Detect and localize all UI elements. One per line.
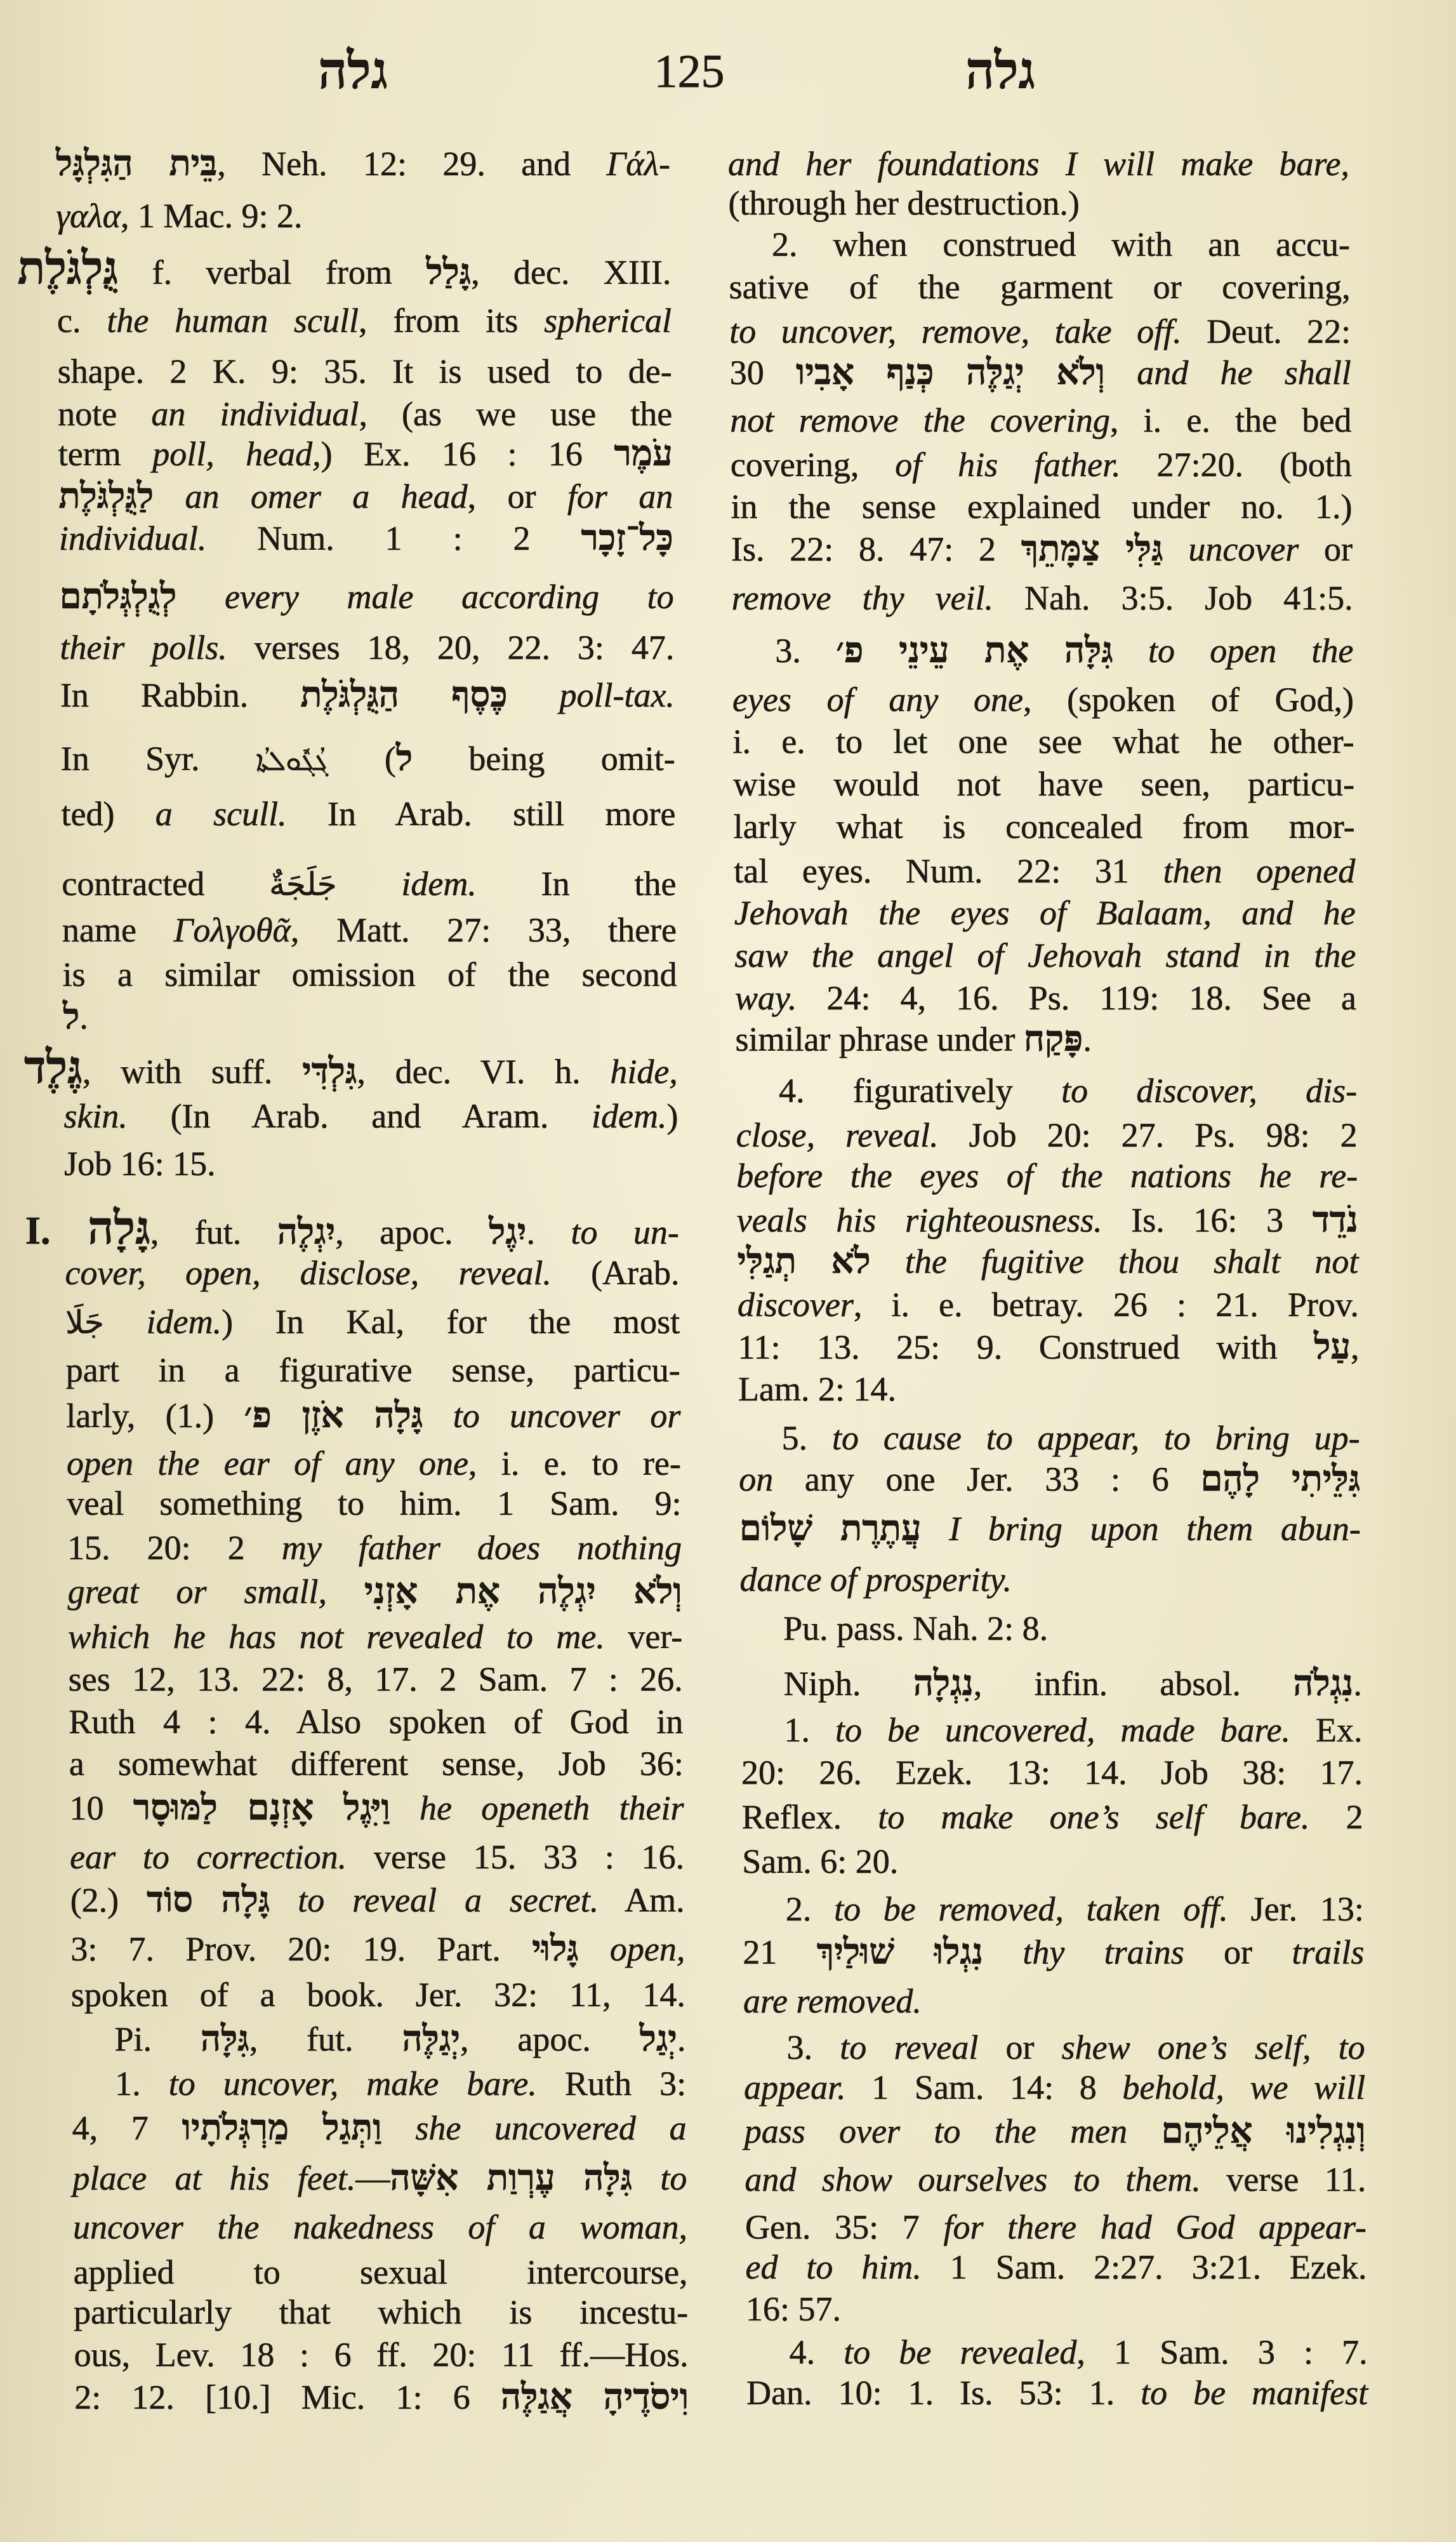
- text-line: 3. גִּלָּה אֶת עֵינֵי פ׳ to open the: [732, 628, 1353, 674]
- text-line: 2. when construed with an accu-: [729, 222, 1350, 267]
- italic-text: and show ourselves to them.: [745, 2160, 1201, 2199]
- roman-text: tal eyes. Num. 22: 31: [734, 852, 1163, 890]
- text-line: Lam. 2: 14.: [738, 1366, 1360, 1412]
- italic-text: to be uncovered, made bare.: [835, 1711, 1290, 1749]
- roman-text: 24: 4, 16. Ps. 119: 18. See a: [797, 979, 1356, 1017]
- dictionary-page: גלה 125 גלה בֵּית הַגִּלְגָּל, Neh. 12: …: [0, 0, 1456, 2542]
- italic-text: way.: [735, 979, 797, 1017]
- text-line: Is. 22: 8. 47: 2 גַּלִּי צַמָּתֵךְ uncov…: [731, 526, 1353, 572]
- italic-text: dance of prosperity.: [740, 1560, 1012, 1599]
- text-line: not remove the covering, i. e. the bed: [730, 397, 1351, 443]
- text-line: and show ourselves to them. verse 11.: [745, 2157, 1366, 2202]
- roman-text: Deut. 22:: [1182, 312, 1351, 350]
- roman-text: Nah. 3:5. Job 41:5.: [993, 579, 1353, 617]
- text-line: wise would not have seen, particu-: [733, 761, 1354, 807]
- text-line: 2. to be removed, taken off. Jer. 13:: [743, 1886, 1364, 1932]
- italic-text: to be revealed: [844, 2333, 1076, 2371]
- roman-text: larly what is concealed from mor-: [734, 808, 1355, 846]
- roman-text: (through her destruction.): [729, 184, 1080, 222]
- italic-text: to be removed, taken off.: [834, 1890, 1228, 1928]
- text-line: discover, i. e. betray. 26 : 21. Prov.: [738, 1282, 1359, 1328]
- hebrew-text: נִגְלוּ שׁוּלַיִךְ: [817, 1933, 983, 1972]
- roman-text: or: [1184, 1933, 1292, 1971]
- hebrew-text: פָּקַח: [1024, 1020, 1083, 1059]
- italic-text: uncover: [1163, 530, 1299, 568]
- text-line: dance of prosperity.: [740, 1557, 1361, 1602]
- roman-text: Ex.: [1290, 1711, 1363, 1749]
- italic-text: saw the angel of Jehovah stand in the: [734, 936, 1356, 975]
- italic-text: to make one’s self bare.: [878, 1798, 1309, 1836]
- roman-text: 1 Sam. 2:27. 3:21. Ezek.: [922, 2248, 1367, 2286]
- text-line: 20: 26. Ezek. 13: 14. Job 38: 17.: [741, 1750, 1363, 1795]
- text-line: pass over to the men וְנִגְלִינוּ אֲלֵיה…: [745, 2108, 1366, 2154]
- roman-text: Reflex.: [742, 1798, 878, 1836]
- roman-text: , infin. absol.: [974, 1665, 1293, 1703]
- roman-text: wise would not have seen, particu-: [733, 765, 1354, 803]
- text-line: Niph. נִגְלָה, infin. absol. נִגְלֹה.: [741, 1661, 1362, 1707]
- text-line: 21 נִגְלוּ שׁוּלַיִךְ thy trains or trai…: [743, 1929, 1364, 1975]
- italic-text: to reveal: [840, 2028, 978, 2066]
- text-line: appear. 1 Sam. 14: 8 behold, we will: [744, 2065, 1365, 2110]
- text-line: 11: 13. 25: 9. Construed with עַל,: [738, 1324, 1359, 1370]
- italic-text: for there had God appear-: [943, 2208, 1367, 2246]
- italic-text: trails: [1292, 1933, 1364, 1971]
- roman-text: [1127, 2112, 1161, 2150]
- roman-text: 4.: [790, 2333, 844, 2371]
- italic-text: veals his righteousness.: [737, 1201, 1102, 1239]
- roman-text: covering,: [731, 446, 895, 484]
- roman-text: Gen. 35: 7: [745, 2208, 943, 2246]
- hebrew-text: גַּלִּי צַמָּתֵךְ: [1021, 529, 1163, 569]
- italic-text: are removed.: [743, 1982, 922, 2020]
- roman-text: i. e. to let one see what he other-: [733, 722, 1354, 761]
- hebrew-text: נִגְלֹה: [1293, 1664, 1353, 1703]
- roman-text: or: [1299, 530, 1353, 568]
- italic-text: thy trains: [983, 1933, 1184, 1971]
- italic-text: discover: [738, 1286, 854, 1324]
- text-line: 30 וְלֹא יְגַלֶּה כְּנַף אָבִיו and he s…: [730, 350, 1351, 396]
- text-line: close, reveal. Job 20: 27. Ps. 98: 2: [736, 1112, 1358, 1158]
- italic-text: and he shall: [1105, 354, 1351, 392]
- text-line: way. 24: 4, 16. Ps. 119: 18. See a: [735, 975, 1356, 1021]
- roman-text: Is. 16: 3: [1102, 1201, 1313, 1239]
- roman-text: .: [1353, 1665, 1362, 1703]
- roman-text: any one Jer. 33 : 6: [773, 1460, 1200, 1498]
- text-line: i. e. to let one see what he other-: [733, 719, 1354, 764]
- roman-text: 1.: [784, 1711, 835, 1749]
- roman-text: , i. e. betray. 26 : 21. Prov.: [854, 1286, 1359, 1324]
- italic-text: to open the: [1113, 632, 1354, 670]
- roman-text: 3.: [775, 632, 836, 670]
- italic-text: Jehovah the eyes of Balaam, and he: [734, 894, 1356, 932]
- roman-text: sative of the garment or covering,: [729, 268, 1351, 306]
- hebrew-text: וְנִגְלִינוּ אֲלֵיהֶם: [1161, 2112, 1365, 2151]
- text-line: covering, of his father. 27:20. (both: [731, 442, 1352, 488]
- roman-text: verse 11.: [1201, 2160, 1366, 2199]
- italic-text: then opened: [1163, 852, 1356, 890]
- italic-text: ed to him.: [745, 2248, 921, 2286]
- text-line: larly what is concealed from mor-: [734, 804, 1355, 849]
- text-line: עֲתֶרֶת שָׁלוֹם I bring upon them abun-: [739, 1506, 1361, 1552]
- hebrew-text: גִּלָּה אֶת עֵינֵי פ׳: [836, 631, 1113, 670]
- italic-text: behold, we will: [1122, 2068, 1365, 2106]
- text-line: 16: 57.: [746, 2286, 1367, 2332]
- roman-text: .: [1083, 1020, 1092, 1058]
- italic-text: to be manifest: [1141, 2374, 1368, 2412]
- hebrew-text: נֹדֵד: [1313, 1201, 1358, 1240]
- roman-text: 20: 26. Ezek. 13: 14. Job 38: 17.: [741, 1753, 1363, 1792]
- text-line: sative of the garment or covering,: [729, 264, 1351, 310]
- italic-text: before the eyes of the nations he re-: [736, 1157, 1358, 1195]
- roman-text: Sam. 6: 20.: [742, 1842, 898, 1880]
- italic-text: on: [739, 1460, 773, 1498]
- hebrew-text: עַל: [1314, 1328, 1351, 1367]
- roman-text: 16: 57.: [746, 2290, 841, 2328]
- italic-text: close, reveal.: [736, 1116, 939, 1154]
- roman-text: in the sense explained under no. 1.): [731, 488, 1352, 526]
- italic-text: the fugitive thou shalt not: [871, 1242, 1359, 1281]
- italic-text: and her foundations I will make bare,: [728, 145, 1349, 183]
- italic-text: to cause to appear, to bring up-: [832, 1419, 1360, 1457]
- roman-text: 1 Sam. 14: 8: [846, 2068, 1123, 2106]
- roman-text: 21: [743, 1933, 816, 1971]
- text-line: Gen. 35: 7 for there had God appear-: [745, 2204, 1367, 2250]
- text-line: in the sense explained under no. 1.): [731, 484, 1352, 529]
- text-line: Sam. 6: 20.: [742, 1839, 1363, 1884]
- roman-text: Pu. pass. Nah. 2: 8.: [783, 1609, 1048, 1647]
- italic-text: to uncover, remove, take off.: [729, 312, 1181, 350]
- roman-text: 30: [730, 354, 796, 392]
- text-line: 4. to be revealed, 1 Sam. 3 : 7.: [746, 2329, 1368, 2375]
- italic-text: I bring upon them abun-: [922, 1510, 1361, 1548]
- roman-text: 5.: [782, 1419, 832, 1457]
- italic-text: eyes of any one: [732, 681, 1023, 719]
- italic-text: pass over to the men: [745, 2112, 1127, 2150]
- roman-text: Jer. 13:: [1228, 1890, 1364, 1928]
- text-line: before the eyes of the nations he re-: [736, 1153, 1358, 1199]
- roman-text: 11: 13. 25: 9. Construed with: [738, 1328, 1314, 1366]
- roman-text: Dan. 10: 1. Is. 53: 1.: [746, 2374, 1141, 2412]
- roman-text: Job 20: 27. Ps. 98: 2: [939, 1116, 1358, 1154]
- text-line: eyes of any one, (spoken of God,): [732, 677, 1354, 722]
- roman-text: 2.: [786, 1890, 834, 1928]
- roman-text: , i. e. the bed: [1110, 401, 1351, 439]
- text-line: remove thy veil. Nah. 3:5. Job 41:5.: [732, 575, 1353, 621]
- hebrew-text: גִּלֵּיתִי לָהֶם: [1200, 1460, 1360, 1499]
- italic-text: shew one’s self, to: [1062, 2028, 1365, 2066]
- roman-text: Lam. 2: 14.: [738, 1370, 896, 1408]
- text-line: 5. to cause to appear, to bring up-: [739, 1415, 1360, 1461]
- roman-text: 2: [1309, 1798, 1363, 1836]
- roman-text: Niph.: [784, 1665, 913, 1703]
- text-line: similar phrase under פָּקַח.: [735, 1016, 1356, 1062]
- right-column: and her foundations I will make bare,(th…: [0, 0, 1456, 2542]
- italic-text: to discover, dis-: [1061, 1072, 1357, 1110]
- italic-text: not remove the covering: [730, 401, 1110, 439]
- text-line: on any one Jer. 33 : 6 גִּלֵּיתִי לָהֶם: [739, 1456, 1360, 1502]
- hebrew-text: וְלֹא יְגַלֶּה כְּנַף אָבִיו: [796, 353, 1105, 392]
- text-line: 4. figuratively to discover, dis-: [736, 1068, 1357, 1114]
- text-line: saw the angel of Jehovah stand in the: [734, 933, 1356, 978]
- roman-text: , (spoken of God,): [1023, 681, 1354, 719]
- text-line: (through her destruction.): [729, 180, 1350, 226]
- roman-text: 2. when construed with an accu-: [772, 225, 1350, 263]
- text-line: Dan. 10: 1. Is. 53: 1. to be manifest: [746, 2370, 1368, 2416]
- hebrew-text: נִגְלָה: [913, 1664, 974, 1703]
- text-line: לֹא תְגַלִּי the fugitive thou shalt not: [737, 1239, 1358, 1284]
- roman-text: 3.: [787, 2028, 840, 2066]
- text-line: Reflex. to make one’s self bare. 2: [742, 1794, 1363, 1840]
- text-line: to uncover, remove, take off. Deut. 22:: [729, 309, 1351, 354]
- text-line: tal eyes. Num. 22: 31 then opened: [734, 848, 1355, 894]
- roman-text: similar phrase under: [735, 1020, 1023, 1058]
- roman-text: ,: [1351, 1328, 1360, 1366]
- italic-text: of his father.: [895, 446, 1120, 484]
- italic-text: appear.: [744, 2068, 846, 2106]
- roman-text: Is. 22: 8. 47: 2: [731, 530, 1021, 568]
- text-line: Jehovah the eyes of Balaam, and he: [734, 890, 1356, 936]
- roman-text: , 1 Sam. 3 : 7.: [1076, 2333, 1367, 2371]
- text-line: Pu. pass. Nah. 2: 8.: [740, 1606, 1361, 1651]
- text-line: 3. to reveal or shew one’s self, to: [744, 2025, 1365, 2070]
- roman-text: 27:20. (both: [1121, 446, 1352, 484]
- roman-text: 4. figuratively: [779, 1072, 1061, 1110]
- text-line: are removed.: [743, 1978, 1365, 2024]
- italic-text: remove thy veil.: [732, 579, 993, 617]
- hebrew-text: לֹא תְגַלִּי: [737, 1242, 870, 1281]
- text-line: ed to him. 1 Sam. 2:27. 3:21. Ezek.: [745, 2244, 1367, 2290]
- text-line: veals his righteousness. Is. 16: 3 נֹדֵד: [737, 1197, 1358, 1243]
- roman-text: or: [978, 2028, 1061, 2066]
- text-line: 1. to be uncovered, made bare. Ex.: [741, 1707, 1362, 1753]
- hebrew-text: עֲתֶרֶת שָׁלוֹם: [739, 1509, 922, 1548]
